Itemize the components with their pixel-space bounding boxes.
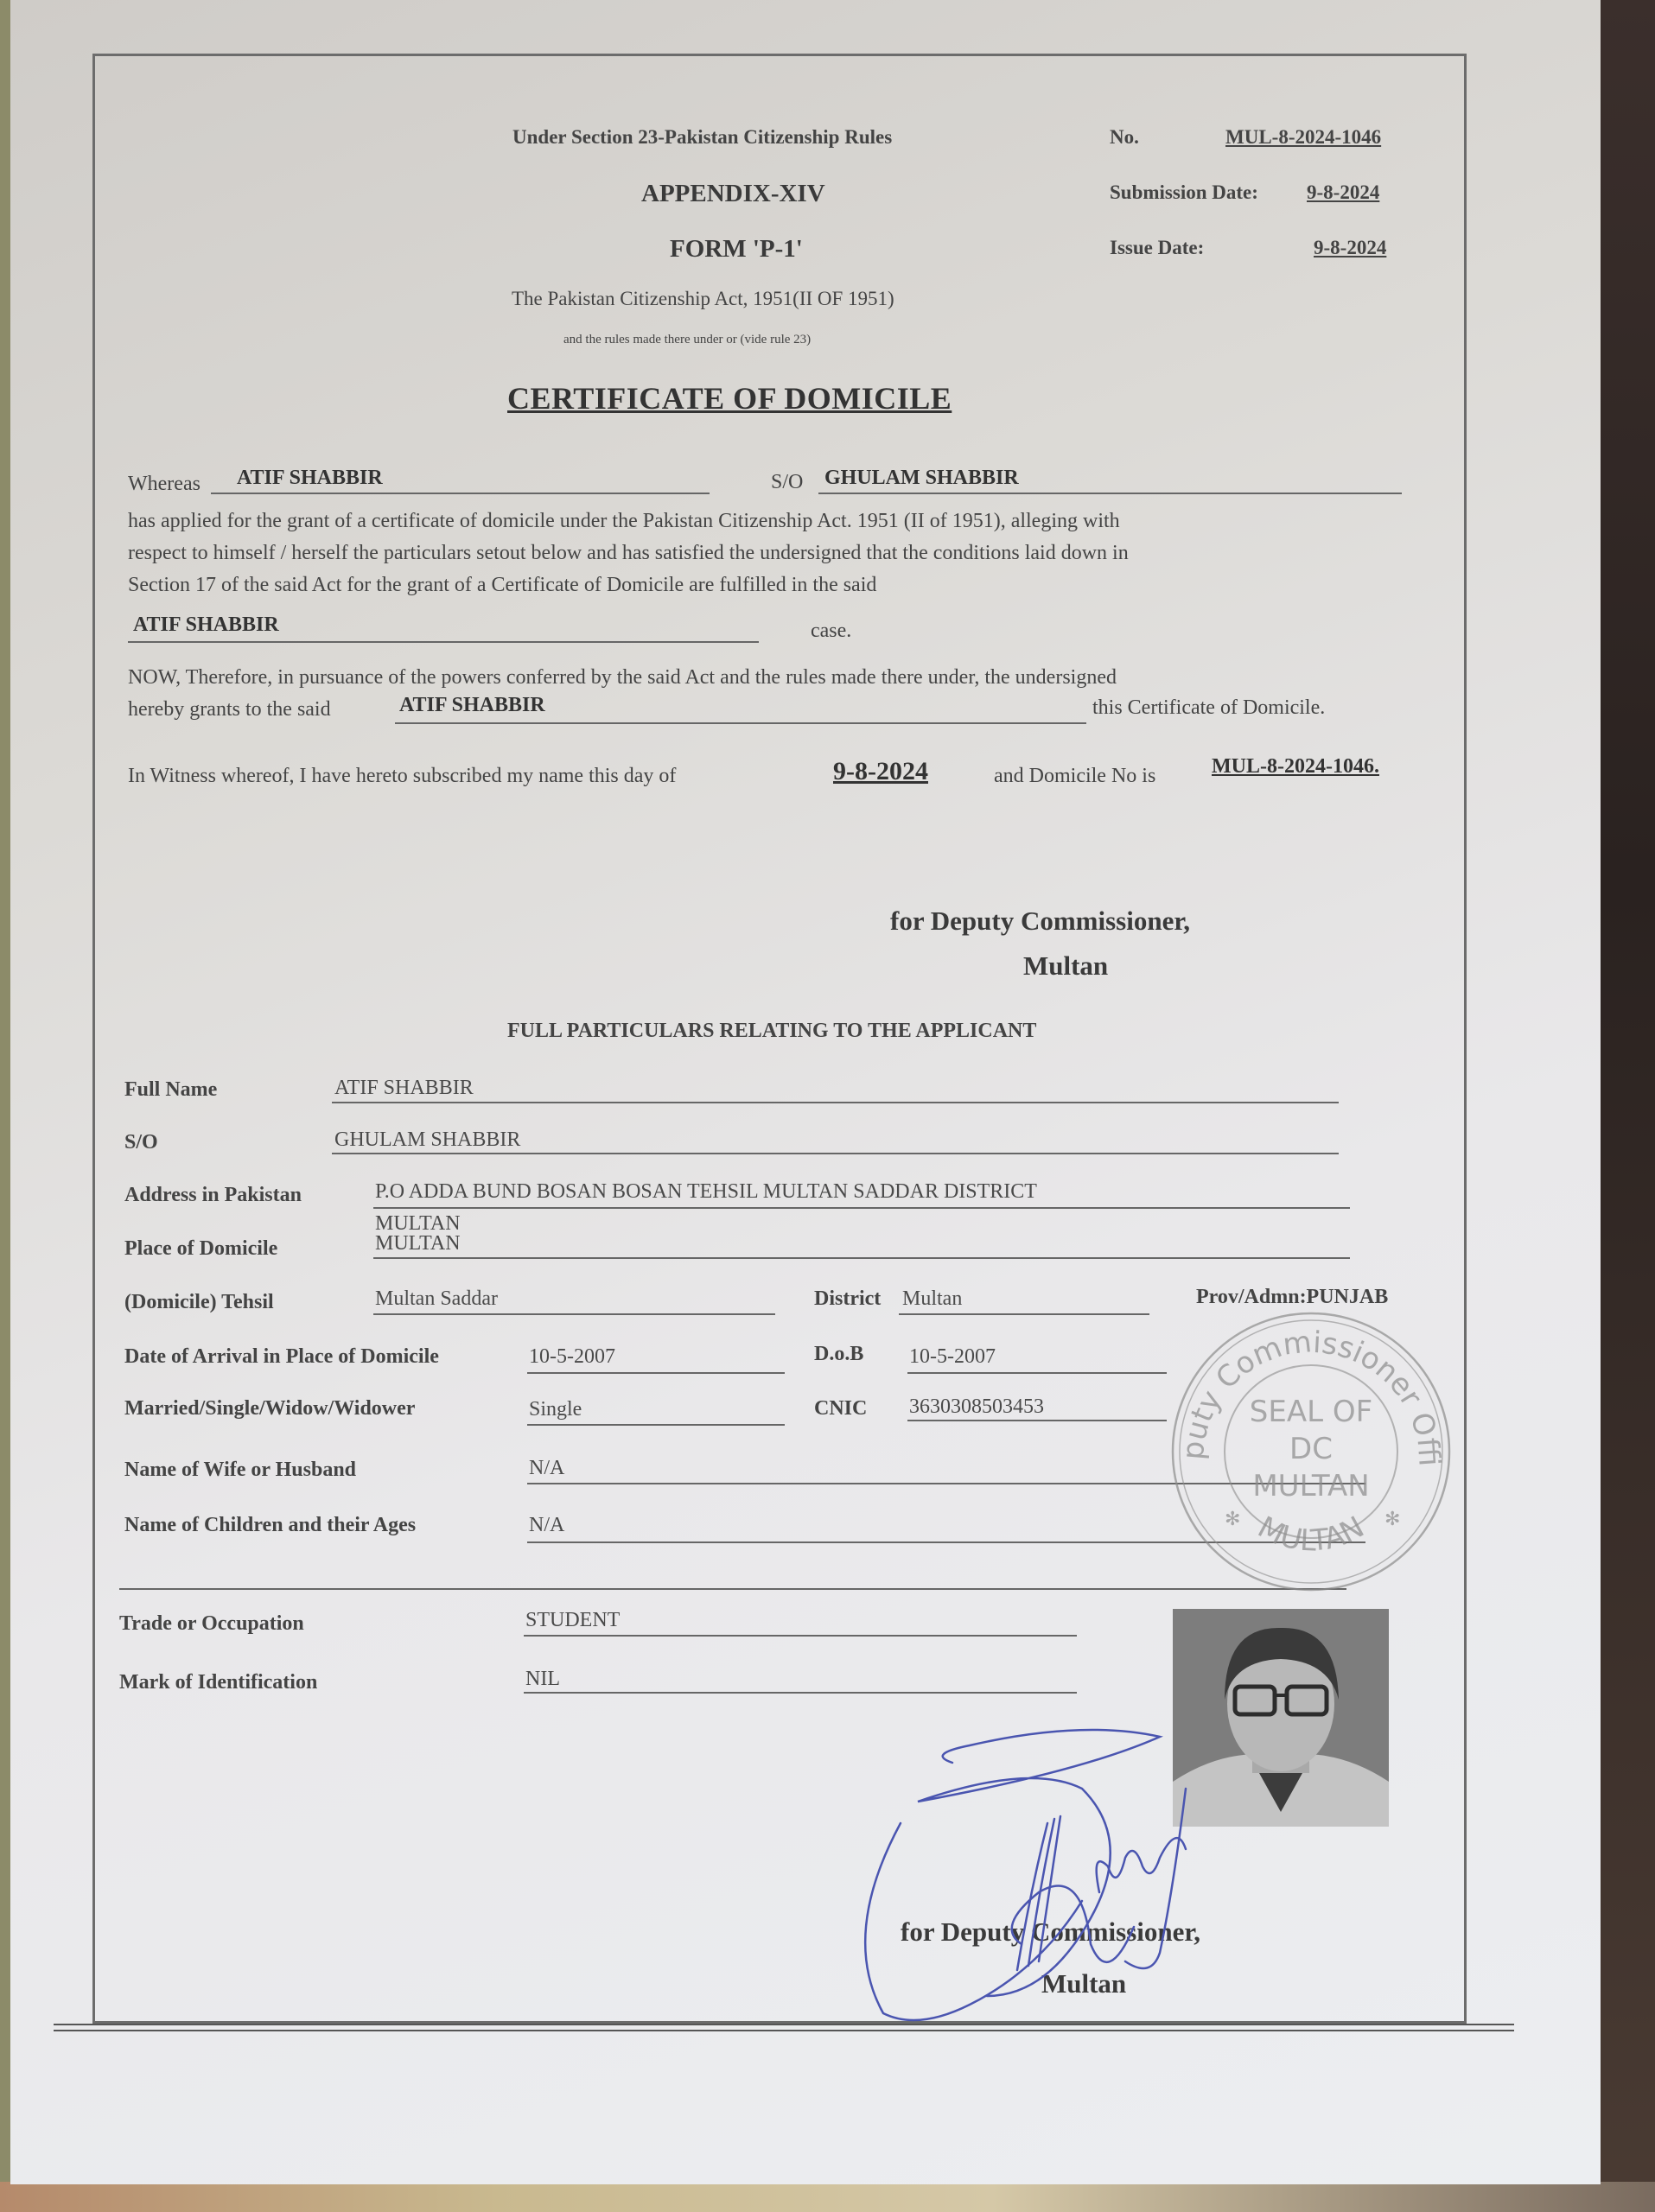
act-reference: The Pakistan Citizenship Act, 1951(II OF… <box>512 288 894 310</box>
identification-mark-value: NIL <box>525 1668 560 1691</box>
domicile-no-label: and Domicile No is <box>994 760 1155 792</box>
spouse-value: N/A <box>529 1457 564 1480</box>
so-particular-value: GHULAM SHABBIR <box>334 1128 520 1152</box>
occupation-value: STUDENT <box>525 1609 620 1632</box>
act-note: and the rules made there under or (vide … <box>563 333 811 347</box>
children-label: Name of Children and their Ages <box>124 1514 416 1537</box>
case-label: case. <box>811 615 851 647</box>
district-value: Multan <box>902 1287 962 1311</box>
submission-date-label: Submission Date: <box>1110 181 1258 204</box>
certificate-number: MUL-8-2024-1046 <box>1225 126 1381 149</box>
marital-status-label: Married/Single/Widow/Widower <box>124 1397 415 1421</box>
domicile-number: MUL-8-2024-1046. <box>1212 755 1379 779</box>
grants-suffix: this Certificate of Domicile. <box>1092 692 1325 724</box>
signatory-top-line1: for Deputy Commissioner, <box>890 906 1190 937</box>
section-divider <box>119 1588 1346 1590</box>
dc-office-seal: Deputy Commissioner Office SEAL OF DC MU… <box>1164 1305 1458 1599</box>
arrival-date-value: 10-5-2007 <box>529 1345 615 1369</box>
svg-text:MULTAN: MULTAN <box>1252 1469 1369 1503</box>
svg-text:SEAL OF: SEAL OF <box>1250 1395 1372 1429</box>
witness-label: In Witness whereof, I have hereto subscr… <box>128 760 676 792</box>
grants-label: hereby grants to the said <box>128 694 331 726</box>
so-particular-label: S/O <box>124 1131 158 1154</box>
document-title: CERTIFICATE OF DOMICILE <box>507 380 952 416</box>
case-name: ATIF SHABBIR <box>133 613 279 637</box>
cnic-value: 3630308503453 <box>909 1395 1044 1419</box>
place-of-domicile-label: Place of Domicile <box>124 1237 277 1261</box>
children-value: N/A <box>529 1514 564 1537</box>
svg-text:MULTAN: MULTAN <box>1252 1510 1370 1558</box>
number-label: No. <box>1110 126 1139 149</box>
place-of-domicile-value: MULTAN <box>375 1232 461 1255</box>
so-label: S/O <box>771 467 803 499</box>
preamble-line-3: Section 17 of the said Act for the grant… <box>128 569 876 601</box>
background-bottom <box>0 2182 1655 2212</box>
tehsil-label: (Domicile) Tehsil <box>124 1291 274 1314</box>
address-line-1: P.O ADDA BUND BOSAN BOSAN TEHSIL MULTAN … <box>375 1180 1037 1204</box>
dob-label: D.o.B <box>814 1343 863 1366</box>
dob-value: 10-5-2007 <box>909 1345 996 1369</box>
district-label: District <box>814 1287 881 1311</box>
rule-reference: Under Section 23-Pakistan Citizenship Ru… <box>512 126 892 149</box>
form-title: FORM 'P-1' <box>670 235 803 264</box>
address-label: Address in Pakistan <box>124 1184 302 1207</box>
particulars-heading: FULL PARTICULARS RELATING TO THE APPLICA… <box>507 1020 1036 1043</box>
spouse-label: Name of Wife or Husband <box>124 1459 356 1482</box>
tehsil-value: Multan Saddar <box>375 1287 498 1311</box>
signatory-top-line2: Multan <box>1023 950 1108 982</box>
witness-date: 9-8-2024 <box>833 757 928 786</box>
grantee-name: ATIF SHABBIR <box>399 694 545 717</box>
now-therefore-line: NOW, Therefore, in pursuance of the powe… <box>128 662 1117 694</box>
svg-text:✻: ✻ <box>1225 1508 1240 1529</box>
issue-date: 9-8-2024 <box>1314 237 1386 259</box>
occupation-label: Trade or Occupation <box>119 1612 304 1636</box>
appendix-title: APPENDIX-XIV <box>641 180 825 208</box>
full-name-label: Full Name <box>124 1078 217 1102</box>
preamble-line-1: has applied for the grant of a certifica… <box>128 505 1120 537</box>
signature <box>823 1719 1272 2031</box>
marital-status-value: Single <box>529 1398 582 1421</box>
cnic-label: CNIC <box>814 1397 867 1421</box>
page-border-bottom-rule <box>54 2024 1514 2031</box>
whereas-label: Whereas <box>128 468 201 500</box>
full-name-value: ATIF SHABBIR <box>334 1077 474 1100</box>
father-name: GHULAM SHABBIR <box>824 467 1019 490</box>
arrival-date-label: Date of Arrival in Place of Domicile <box>124 1345 439 1369</box>
svg-text:DC: DC <box>1289 1432 1333 1466</box>
applicant-name: ATIF SHABBIR <box>237 467 383 490</box>
issue-date-label: Issue Date: <box>1110 237 1204 259</box>
certificate-page: Under Section 23-Pakistan Citizenship Ru… <box>10 0 1601 2184</box>
identification-mark-label: Mark of Identification <box>119 1671 317 1694</box>
preamble-line-2: respect to himself / herself the particu… <box>128 537 1129 569</box>
submission-date: 9-8-2024 <box>1307 181 1379 204</box>
svg-text:✻: ✻ <box>1384 1508 1400 1529</box>
